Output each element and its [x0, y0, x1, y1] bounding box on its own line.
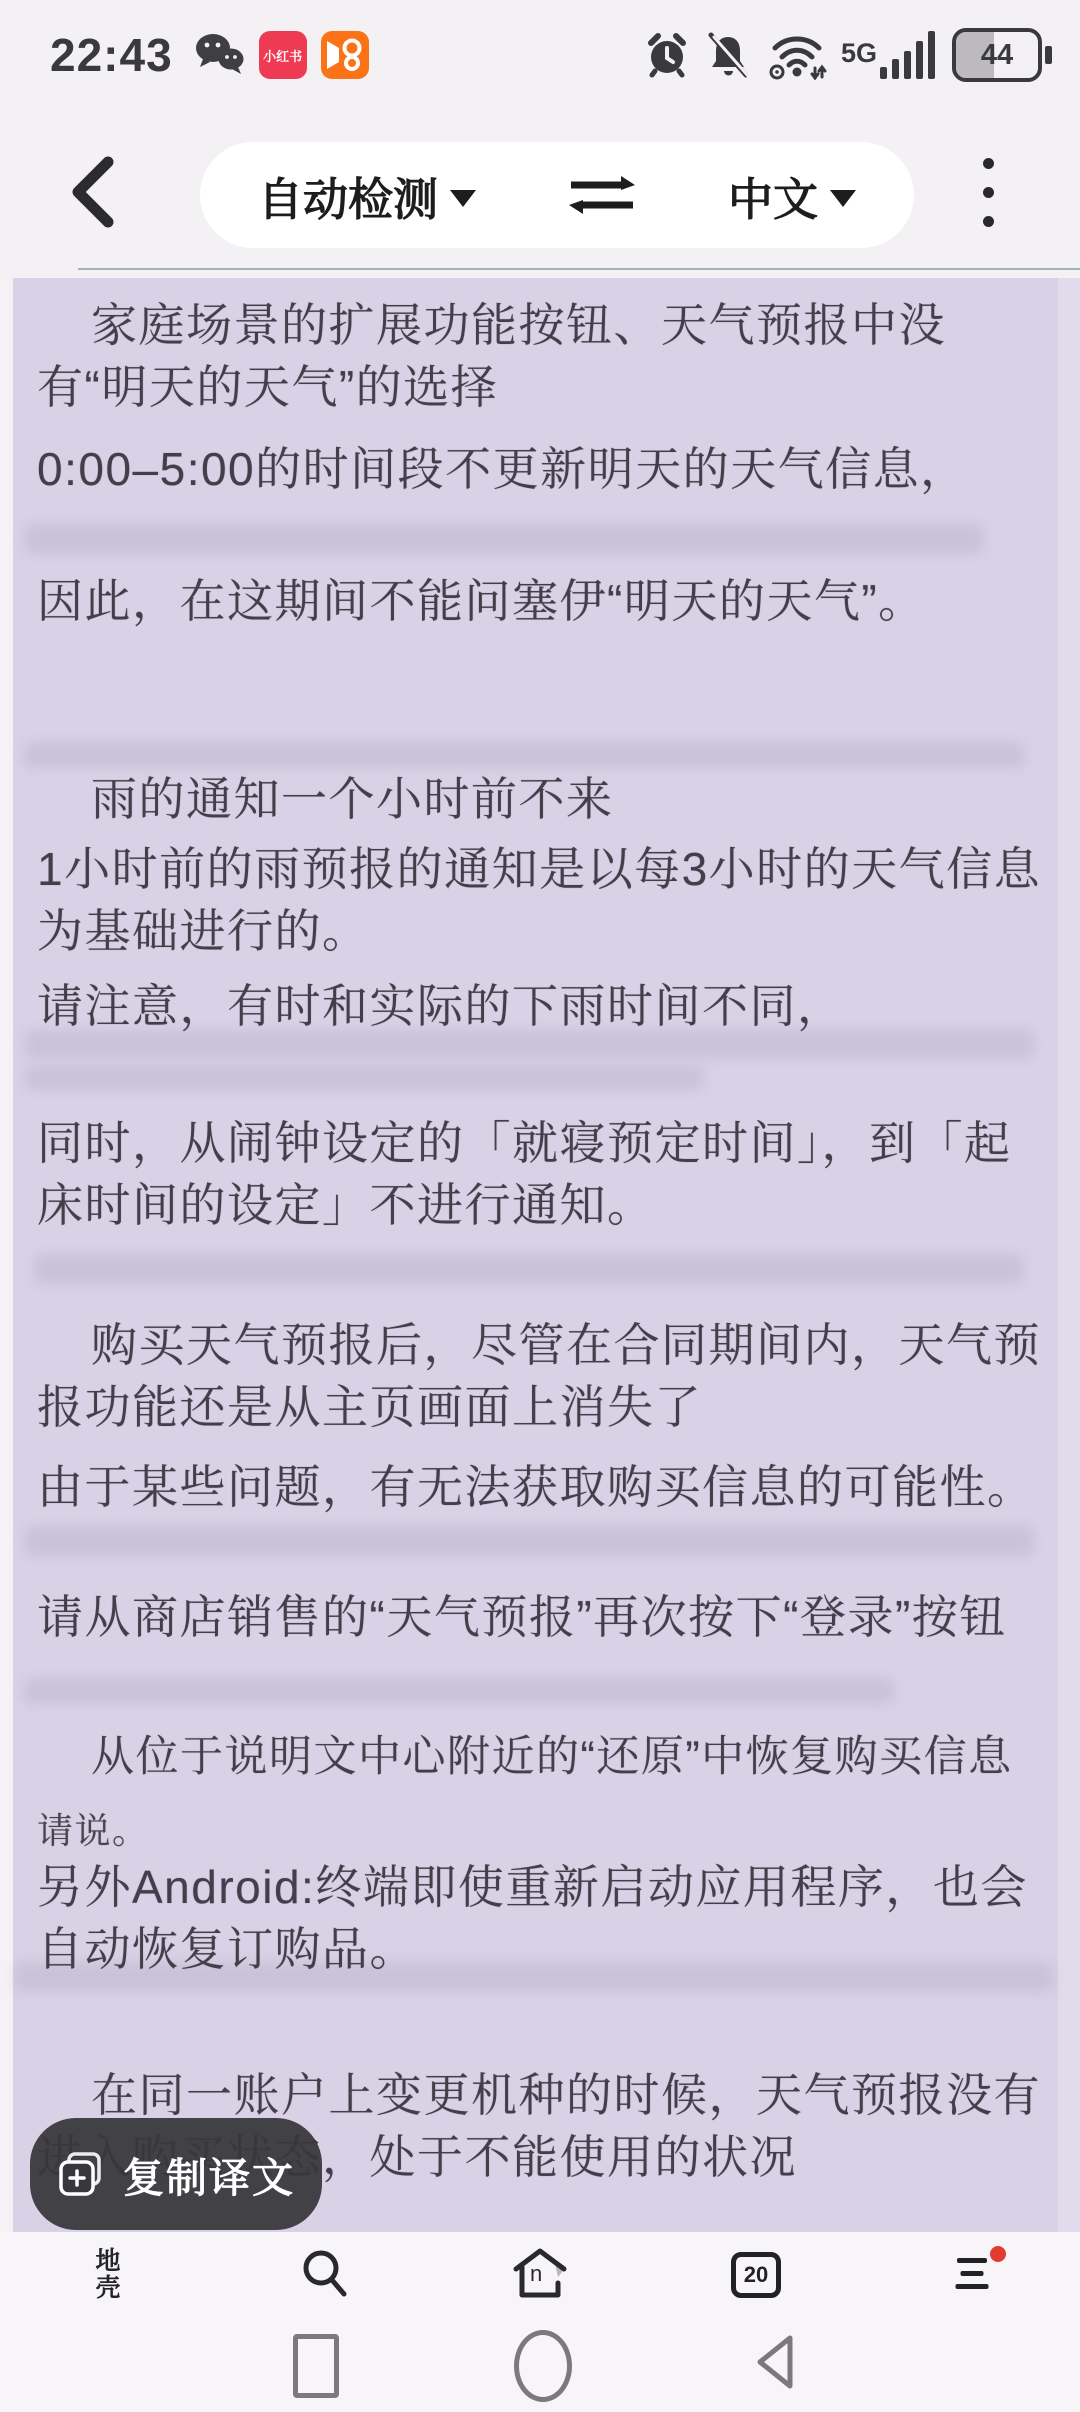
site-shortcut-button[interactable]: 地壳 — [93, 2248, 123, 2302]
translated-paragraph: 家庭场景的扩展功能按钮、天气预报中没有“明天的天气”的选择 — [37, 294, 1050, 418]
translated-page-content: 家庭场景的扩展功能按钮、天气预报中没有“明天的天气”的选择 0:00–5:00的… — [0, 278, 1080, 2232]
back-button[interactable] — [62, 154, 122, 230]
alarm-icon — [643, 31, 691, 79]
translated-paragraph: 请说。 — [37, 1800, 1050, 1862]
source-language-button[interactable]: 自动检测 — [258, 163, 476, 228]
source-language-label: 自动检测 — [258, 163, 438, 228]
translated-paragraph: 另外Android:终端即使重新启动应用程序，也会自动恢复订购品。 — [37, 1856, 1050, 1980]
ghost-text-row — [34, 1254, 1024, 1284]
ghost-text-row — [24, 524, 984, 554]
swap-icon — [565, 173, 639, 217]
home-nav-button[interactable] — [514, 2330, 572, 2402]
translated-paragraph: 从位于说明文中心附近的“还原”中恢复购买信息 — [37, 1726, 1050, 1788]
signal-icon: 5G — [841, 31, 938, 79]
translate-header: 自动检测 中文 — [0, 92, 1080, 278]
site-shortcut-label: 地壳 — [93, 2248, 123, 2302]
translated-paragraph: 同时，从闹钟设定的「就寝预定时间」，到「起床时间的设定」不进行通知。 — [37, 1112, 1050, 1236]
more-menu-icon — [983, 158, 994, 169]
clock-time: 22:43 — [50, 28, 173, 82]
swap-languages-button[interactable] — [565, 173, 639, 217]
ghost-text-row — [24, 742, 1024, 768]
tab-counter-icon: 20 — [731, 2252, 781, 2298]
search-icon — [298, 2246, 350, 2300]
browser-bottom-nav: 地壳 n 20 — [0, 2232, 1080, 2318]
target-language-button[interactable]: 中文 — [728, 163, 856, 228]
battery-percent: 44 — [981, 39, 1013, 72]
hamburger-menu-icon — [954, 2258, 990, 2292]
translated-paragraph: 由于某些问题，有无法获取购买信息的可能性。 — [37, 1456, 1050, 1518]
search-button[interactable] — [298, 2246, 350, 2305]
battery-icon: 44 — [952, 28, 1052, 82]
tab-count: 20 — [744, 2262, 768, 2288]
network-type-label: 5G — [841, 38, 877, 69]
back-triangle-icon — [752, 2332, 796, 2392]
translated-paragraph: 0:00–5:00的时间段不更新明天的天气信息， — [37, 438, 1050, 500]
notification-dot — [990, 2246, 1006, 2262]
home-icon: n — [508, 2243, 572, 2303]
header-divider — [78, 268, 1080, 270]
more-menu-icon — [983, 187, 994, 198]
home-button[interactable]: n — [508, 2243, 572, 2308]
copy-translation-label: 复制译文 — [123, 2145, 295, 2204]
kuaishou-icon — [321, 31, 369, 79]
xiaohongshu-icon: 小红书 — [259, 31, 307, 79]
svg-text:n: n — [530, 2261, 542, 2286]
menu-button[interactable] — [954, 2258, 990, 2292]
translated-paragraph: 1小时前的雨预报的通知是以每3小时的天气信息为基础进行的。 — [37, 838, 1050, 962]
copy-translation-button[interactable]: 复制译文 — [30, 2118, 322, 2230]
wechat-icon — [193, 29, 245, 82]
page-edge-highlight — [1058, 278, 1080, 2232]
status-bar: 22:43 小红书 — [0, 0, 1080, 92]
translate-screen: 22:43 小红书 — [0, 0, 1080, 2412]
ghost-text-row — [24, 1526, 1034, 1556]
translated-paragraph: 请注意，有时和实际的下雨时间不同， — [37, 975, 1050, 1037]
more-menu-button[interactable] — [983, 158, 994, 227]
ghost-text-row — [24, 1066, 704, 1090]
translated-paragraph: 因此，在这期间不能问塞伊“明天的天气”。 — [37, 570, 1050, 632]
translated-paragraph: 购买天气预报后，尽管在合同期间内，天气预报功能还是从主页画面上消失了 — [37, 1314, 1050, 1438]
tabs-button[interactable]: 20 — [731, 2252, 781, 2298]
android-nav-bar — [0, 2318, 1080, 2412]
copy-icon — [57, 2150, 105, 2198]
target-language-label: 中文 — [728, 163, 818, 228]
chevron-down-icon — [450, 190, 476, 207]
chevron-down-icon — [830, 190, 856, 207]
back-icon — [62, 154, 122, 230]
wifi-icon — [765, 30, 827, 80]
translated-paragraph: 请从商店销售的“天气预报”再次按下“登录”按钮 — [37, 1586, 1050, 1648]
android-back-button[interactable] — [752, 2332, 796, 2397]
language-selector-pill: 自动检测 中文 — [200, 142, 914, 248]
more-menu-icon — [983, 216, 994, 227]
translated-paragraph: 雨的通知一个小时前不来 — [37, 768, 1050, 830]
recents-button[interactable] — [293, 2334, 339, 2398]
mute-icon — [705, 31, 751, 79]
ghost-text-row — [24, 1678, 894, 1704]
